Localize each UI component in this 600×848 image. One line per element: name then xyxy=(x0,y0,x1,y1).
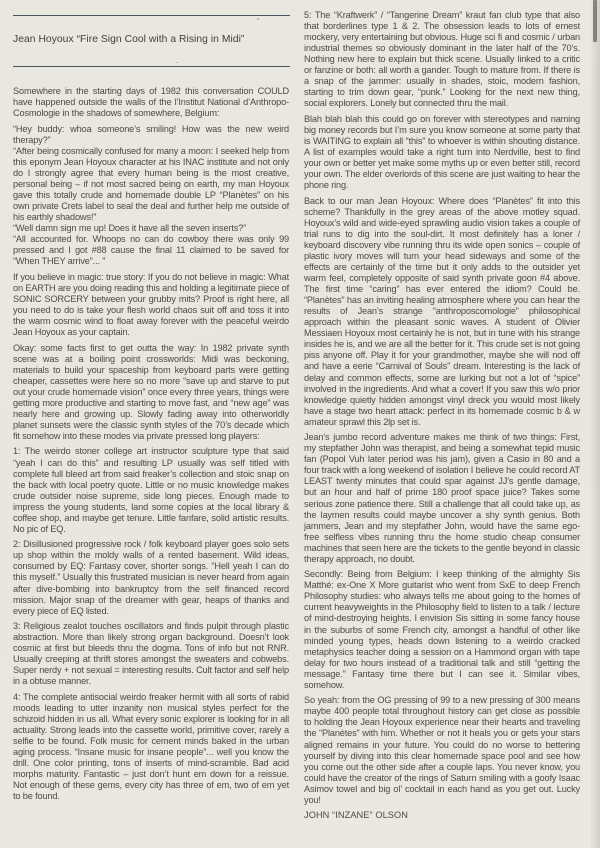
page-edge-dark-sliver xyxy=(593,0,597,42)
scan-artifact xyxy=(160,188,162,190)
list-item-4: 4: The complete antisocial weirdo freake… xyxy=(13,692,289,802)
dialogue-line: “Well damn sign me up! Does it have all … xyxy=(13,223,289,234)
header-rule-bottom xyxy=(13,66,290,67)
body-paragraph: Secondly: Being from Belgium: I keep thi… xyxy=(304,569,580,691)
body-paragraph: Jean’s jumbo record adventure makes me t… xyxy=(304,432,580,565)
signature: JOHN “INZANE” OLSON xyxy=(304,810,580,821)
right-column: 5: The “Kraftwerk” / “Tangerine Dream” k… xyxy=(304,10,580,821)
body-paragraph: Back to our man Jean Hoyoux: Where does … xyxy=(304,196,580,428)
intro-paragraph: Somewhere in the starting days of 1982 t… xyxy=(13,86,289,119)
body-paragraph: Blah blah blah this could go on forever … xyxy=(304,114,580,191)
dialogue-line: “After being cosmically confused for man… xyxy=(13,146,289,223)
page-title: Jean Hoyoux “Fire Sign Cool with a Risin… xyxy=(13,34,290,45)
left-column: Somewhere in the starting days of 1982 t… xyxy=(13,86,289,802)
list-item-5: 5: The “Kraftwerk” / “Tangerine Dream” k… xyxy=(304,10,580,109)
body-paragraph: If you believe in magic: true story: If … xyxy=(13,272,289,338)
body-paragraph: Okay: some facts first to get outta the … xyxy=(13,343,289,442)
page-edge-shadow xyxy=(590,0,600,848)
dialogue-line: “Hey buddy: whoa someone’s smiling! How … xyxy=(13,124,289,146)
dialogue-line: “All accounted for. Whoops no can do cow… xyxy=(13,234,289,267)
scanned-liner-notes-page: Jean Hoyoux “Fire Sign Cool with a Risin… xyxy=(0,0,600,848)
body-paragraph: So yeah: from the OG pressing of 99 to a… xyxy=(304,695,580,805)
list-item-3: 3: Religious zealot touches oscillators … xyxy=(13,621,289,687)
scan-artifact xyxy=(176,62,178,63)
header-rule-top xyxy=(13,15,290,16)
scan-artifact xyxy=(257,18,259,20)
list-item-1: 1: The weirdo stoner college art instruc… xyxy=(13,446,289,534)
list-item-2: 2: Disillusioned progressive rock / folk… xyxy=(13,539,289,616)
